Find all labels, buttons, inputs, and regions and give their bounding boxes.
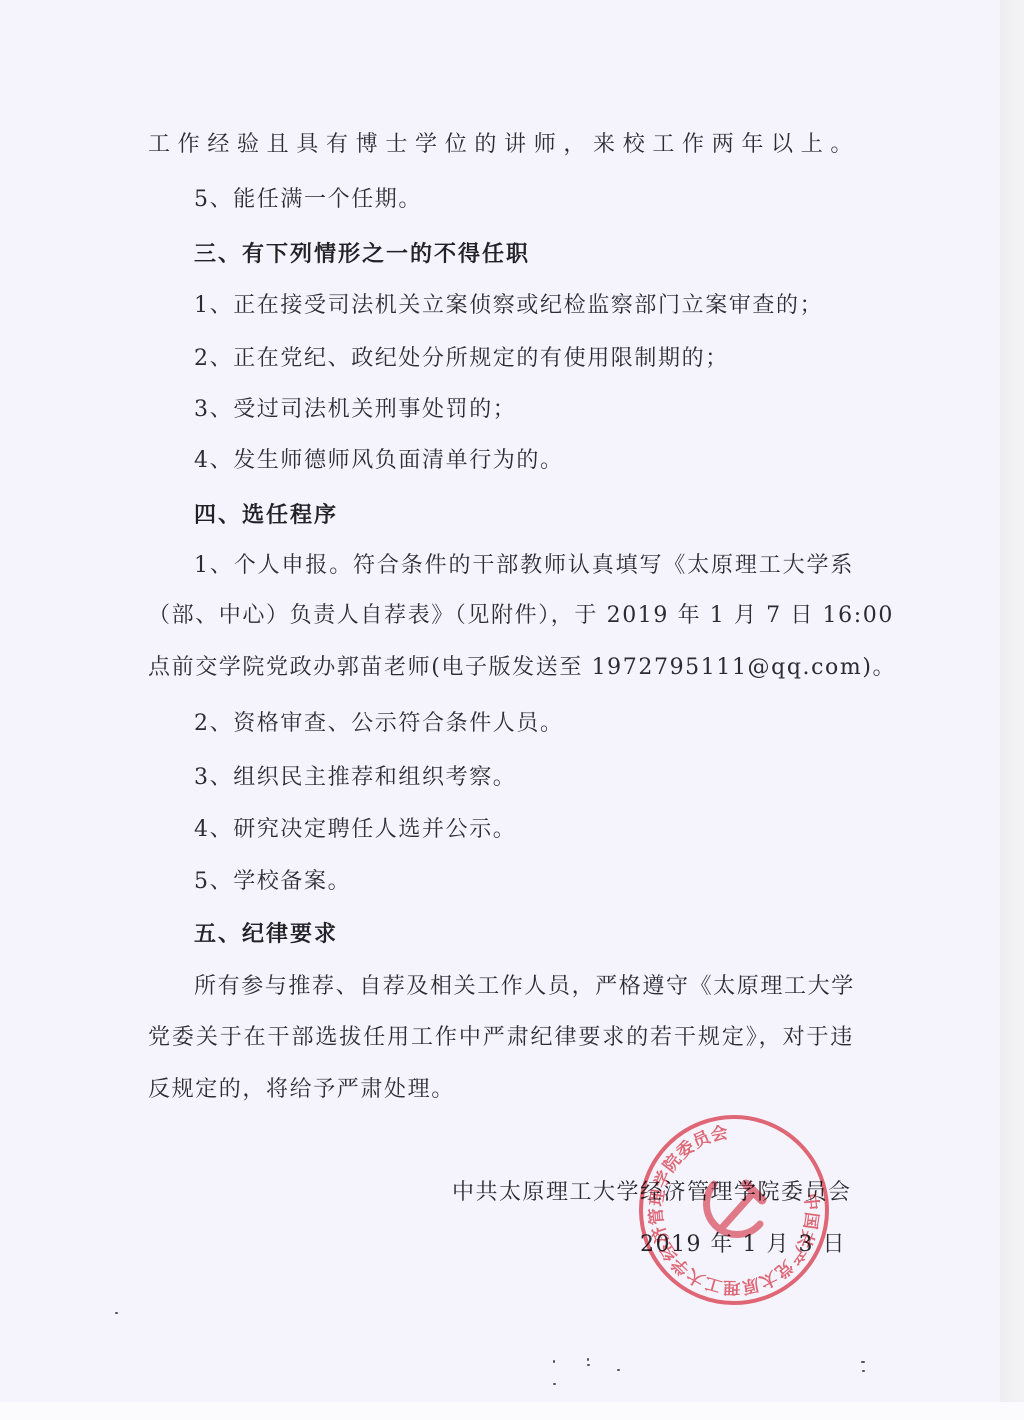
hammer-sickle-emblem-icon	[707, 1184, 762, 1234]
list-item-disqualification-4: 4、发生师德师风负面清单行为的。	[194, 446, 564, 476]
list-item-criterion-5: 5、能任满一个任期。	[194, 185, 422, 215]
document-page: 工作经验且具有博士学位的讲师，来校工作两年以上。 5、能任满一个任期。 三、有下…	[0, 0, 1024, 1420]
list-item-procedure-4: 4、研究决定聘任人选并公示。	[194, 815, 516, 845]
paragraph-discipline-start: 所有参与推荐、自荐及相关工作人员，严格遵守《太原理工大学	[194, 972, 854, 1002]
scan-speck	[553, 1383, 556, 1385]
section-heading-disqualifications: 三、有下列情形之一的不得任职	[194, 240, 530, 270]
scan-speck	[862, 1370, 865, 1372]
paragraph-line-continuation: （部、中心）负责人自荐表》（见附件），于 2019 年 1 月 7 日 16:0…	[148, 601, 854, 631]
paragraph-line-continuation: 工作经验且具有博士学位的讲师，来校工作两年以上。	[148, 130, 854, 160]
list-item-procedure-1: 1、个人申报。符合条件的干部教师认真填写《太原理工大学系	[194, 551, 854, 581]
paragraph-line-continuation: 反规定的，将给予严肃处理。	[148, 1075, 455, 1105]
scan-speck	[115, 1312, 118, 1314]
scan-speck	[553, 1360, 555, 1363]
scan-speck	[587, 1364, 590, 1366]
scan-speck	[587, 1358, 589, 1361]
scan-speck	[617, 1369, 620, 1371]
list-item-procedure-3: 3、组织民主推荐和组织考察。	[194, 763, 516, 793]
scan-speck	[861, 1361, 865, 1363]
list-item-disqualification-1: 1、正在接受司法机关立案侦察或纪检监察部门立案审查的；	[194, 291, 823, 321]
paragraph-line-continuation: 党委关于在干部选拔任用工作中严肃纪律要求的若干规定》，对于违	[148, 1023, 854, 1053]
list-item-disqualification-3: 3、受过司法机关刑事处罚的；	[194, 395, 516, 425]
section-heading-procedure: 四、选任程序	[194, 501, 338, 531]
paragraph-line-continuation: 点前交学院党政办郭苗老师(电子版发送至 1972795111@qq.com)。	[148, 653, 896, 683]
list-item-procedure-2: 2、资格审查、公示符合条件人员。	[194, 709, 564, 739]
list-item-disqualification-2: 2、正在党纪、政纪处分所规定的有使用限制期的；	[194, 344, 729, 374]
list-item-procedure-5: 5、学校备案。	[194, 867, 351, 897]
official-seal-icon: 中国共产党太原理工大学经济管理学院委员会	[636, 1112, 832, 1308]
section-heading-discipline: 五、纪律要求	[194, 920, 338, 950]
